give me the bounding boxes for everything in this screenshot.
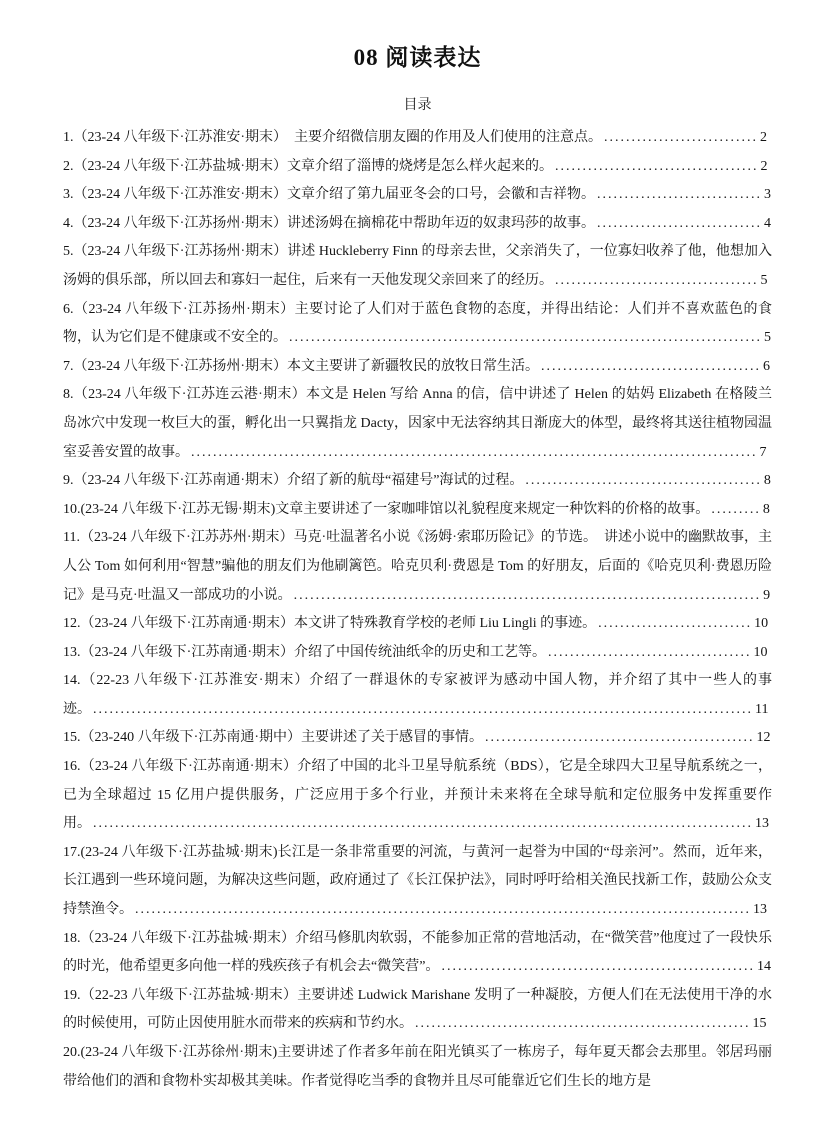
- toc-page-number: 6: [763, 359, 770, 374]
- toc-page-number: 13: [755, 816, 769, 831]
- toc-page-number: 5: [761, 273, 768, 288]
- toc-entry: 17.(23-24 八年级下·江苏盐城·期末)长江是一条非常重要的河流，与黄河一…: [63, 839, 772, 925]
- dot-leader: ..............................: [597, 187, 762, 202]
- toc-entry-text: 15.（23-240 八年级下·江苏南通·期中）主要讲述了关于感冒的事情。: [63, 730, 483, 745]
- toc-entry-text: 9.（23-24 八年级下·江苏南通·期末）介绍了新的航母“福建号”海试的过程。: [63, 473, 523, 488]
- toc-page-number: 3: [764, 187, 771, 202]
- toc-heading: 目录: [63, 96, 772, 116]
- toc-entry-text: 2.（23-24 八年级下·江苏盐城·期末）文章介绍了淄博的烧烤是怎么样火起来的…: [63, 159, 553, 174]
- dot-leader: ........................................…: [135, 902, 751, 917]
- toc-entry: 18.（23-24 八年级下·江苏盐城·期末）介绍马修肌肉软弱，不能参加正常的营…: [63, 925, 772, 982]
- dot-leader: ........................................…: [93, 702, 753, 717]
- toc-entry: 10.(23-24 八年级下·江苏无锡·期末)文章主要讲述了一家咖啡馆以礼貌程度…: [63, 496, 772, 525]
- dot-leader: .........: [711, 502, 761, 517]
- toc-entry-text: 13.（23-24 八年级下·江苏南通·期末）介绍了中国传统油纸伞的历史和工艺等…: [63, 645, 546, 660]
- toc-entry: 11.（23-24 八年级下·江苏苏州·期末）马克·吐温著名小说《汤姆·索耶历险…: [63, 524, 772, 610]
- toc-entry-text: 3.（23-24 八年级下·江苏淮安·期末）文章介绍了第九届亚冬会的口号，会徽和…: [63, 187, 595, 202]
- dot-leader: .....................................: [555, 273, 759, 288]
- dot-leader: ........................................…: [485, 730, 755, 745]
- toc-entry: 8.（23-24 八年级下·江苏连云港·期末）本文是 Helen 写给 Anna…: [63, 381, 772, 467]
- dot-leader: ........................................…: [415, 1016, 751, 1031]
- toc-entry: 3.（23-24 八年级下·江苏淮安·期末）文章介绍了第九届亚冬会的口号，会徽和…: [63, 181, 772, 210]
- toc-page-number: 11: [755, 702, 768, 717]
- page-title: 08 阅读表达: [63, 42, 772, 74]
- dot-leader: ..............................: [597, 216, 762, 231]
- toc-entry-text: 1.（23-24 八年级下·江苏淮安·期末） 主要介绍微信朋友圈的作用及人们使用…: [63, 130, 602, 145]
- toc-entry: 20.(23-24 八年级下·江苏徐州·期末)主要讲述了作者多年前在阳光镇买了一…: [63, 1039, 772, 1096]
- toc-entry-text: 7.（23-24 八年级下·江苏扬州·期末）本文主要讲了新疆牧民的放牧日常生活。: [63, 359, 539, 374]
- toc-entry-text: 12.（23-24 八年级下·江苏南通·期末）本文讲了特殊教育学校的老师 Liu…: [63, 616, 596, 631]
- toc-page-number: 10: [754, 616, 768, 631]
- toc-page-number: 5: [764, 330, 771, 345]
- toc-page-number: 2: [761, 159, 768, 174]
- toc-page-number: 4: [764, 216, 771, 231]
- toc-page-number: 13: [753, 902, 767, 917]
- dot-leader: .....................................: [555, 159, 759, 174]
- dot-leader: ........................................…: [441, 959, 755, 974]
- toc-page-number: 10: [754, 645, 768, 660]
- toc-entry: 6.（23-24 八年级下·江苏扬州·期末）主要讨论了人们对于蓝色食物的态度，并…: [63, 296, 772, 353]
- toc-entry-text: 4.（23-24 八年级下·江苏扬州·期末）讲述汤姆在摘棉花中帮助年迈的奴隶玛莎…: [63, 216, 595, 231]
- toc-page-number: 7: [760, 445, 767, 460]
- toc-page-number: 2: [760, 130, 767, 145]
- dot-leader: ........................................…: [525, 473, 762, 488]
- toc-page-number: 9: [763, 588, 770, 603]
- dot-leader: ........................................…: [289, 330, 762, 345]
- dot-leader: ............................: [598, 616, 752, 631]
- toc-list: 1.（23-24 八年级下·江苏淮安·期末） 主要介绍微信朋友圈的作用及人们使用…: [63, 124, 772, 1096]
- toc-page-number: 14: [757, 959, 771, 974]
- document-page: 08 阅读表达 目录 1.（23-24 八年级下·江苏淮安·期末） 主要介绍微信…: [0, 0, 834, 1147]
- toc-entry-text: 10.(23-24 八年级下·江苏无锡·期末)文章主要讲述了一家咖啡馆以礼貌程度…: [63, 502, 709, 517]
- toc-page-number: 15: [753, 1016, 767, 1031]
- toc-entry: 19.（22-23 八年级下·江苏盐城·期末）主要讲述 Ludwick Mari…: [63, 982, 772, 1039]
- toc-entry: 2.（23-24 八年级下·江苏盐城·期末）文章介绍了淄博的烧烤是怎么样火起来的…: [63, 153, 772, 182]
- toc-page-number: 12: [757, 730, 771, 745]
- toc-entry-text: 20.(23-24 八年级下·江苏徐州·期末)主要讲述了作者多年前在阳光镇买了一…: [63, 1045, 772, 1089]
- dot-leader: .....................................: [548, 645, 752, 660]
- toc-entry: 13.（23-24 八年级下·江苏南通·期末）介绍了中国传统油纸伞的历史和工艺等…: [63, 639, 772, 668]
- dot-leader: ........................................: [541, 359, 761, 374]
- toc-page-number: 8: [764, 473, 771, 488]
- toc-entry: 1.（23-24 八年级下·江苏淮安·期末） 主要介绍微信朋友圈的作用及人们使用…: [63, 124, 772, 153]
- dot-leader: ........................................…: [294, 588, 762, 603]
- toc-entry: 14.（22-23 八年级下·江苏淮安·期末）介绍了一群退休的专家被评为感动中国…: [63, 667, 772, 724]
- toc-entry: 15.（23-240 八年级下·江苏南通·期中）主要讲述了关于感冒的事情。...…: [63, 724, 772, 753]
- toc-entry: 7.（23-24 八年级下·江苏扬州·期末）本文主要讲了新疆牧民的放牧日常生活。…: [63, 353, 772, 382]
- dot-leader: ........................................…: [93, 816, 753, 831]
- toc-entry: 12.（23-24 八年级下·江苏南通·期末）本文讲了特殊教育学校的老师 Liu…: [63, 610, 772, 639]
- toc-entry: 9.（23-24 八年级下·江苏南通·期末）介绍了新的航母“福建号”海试的过程。…: [63, 467, 772, 496]
- dot-leader: ........................................…: [191, 445, 758, 460]
- toc-entry: 4.（23-24 八年级下·江苏扬州·期末）讲述汤姆在摘棉花中帮助年迈的奴隶玛莎…: [63, 210, 772, 239]
- toc-page-number: 8: [763, 502, 770, 517]
- toc-entry: 16.（23-24 八年级下·江苏南通·期末）介绍了中国的北斗卫星导航系统（BD…: [63, 753, 772, 839]
- dot-leader: ............................: [604, 130, 758, 145]
- toc-entry: 5.（23-24 八年级下·江苏扬州·期末）讲述 Huckleberry Fin…: [63, 238, 772, 295]
